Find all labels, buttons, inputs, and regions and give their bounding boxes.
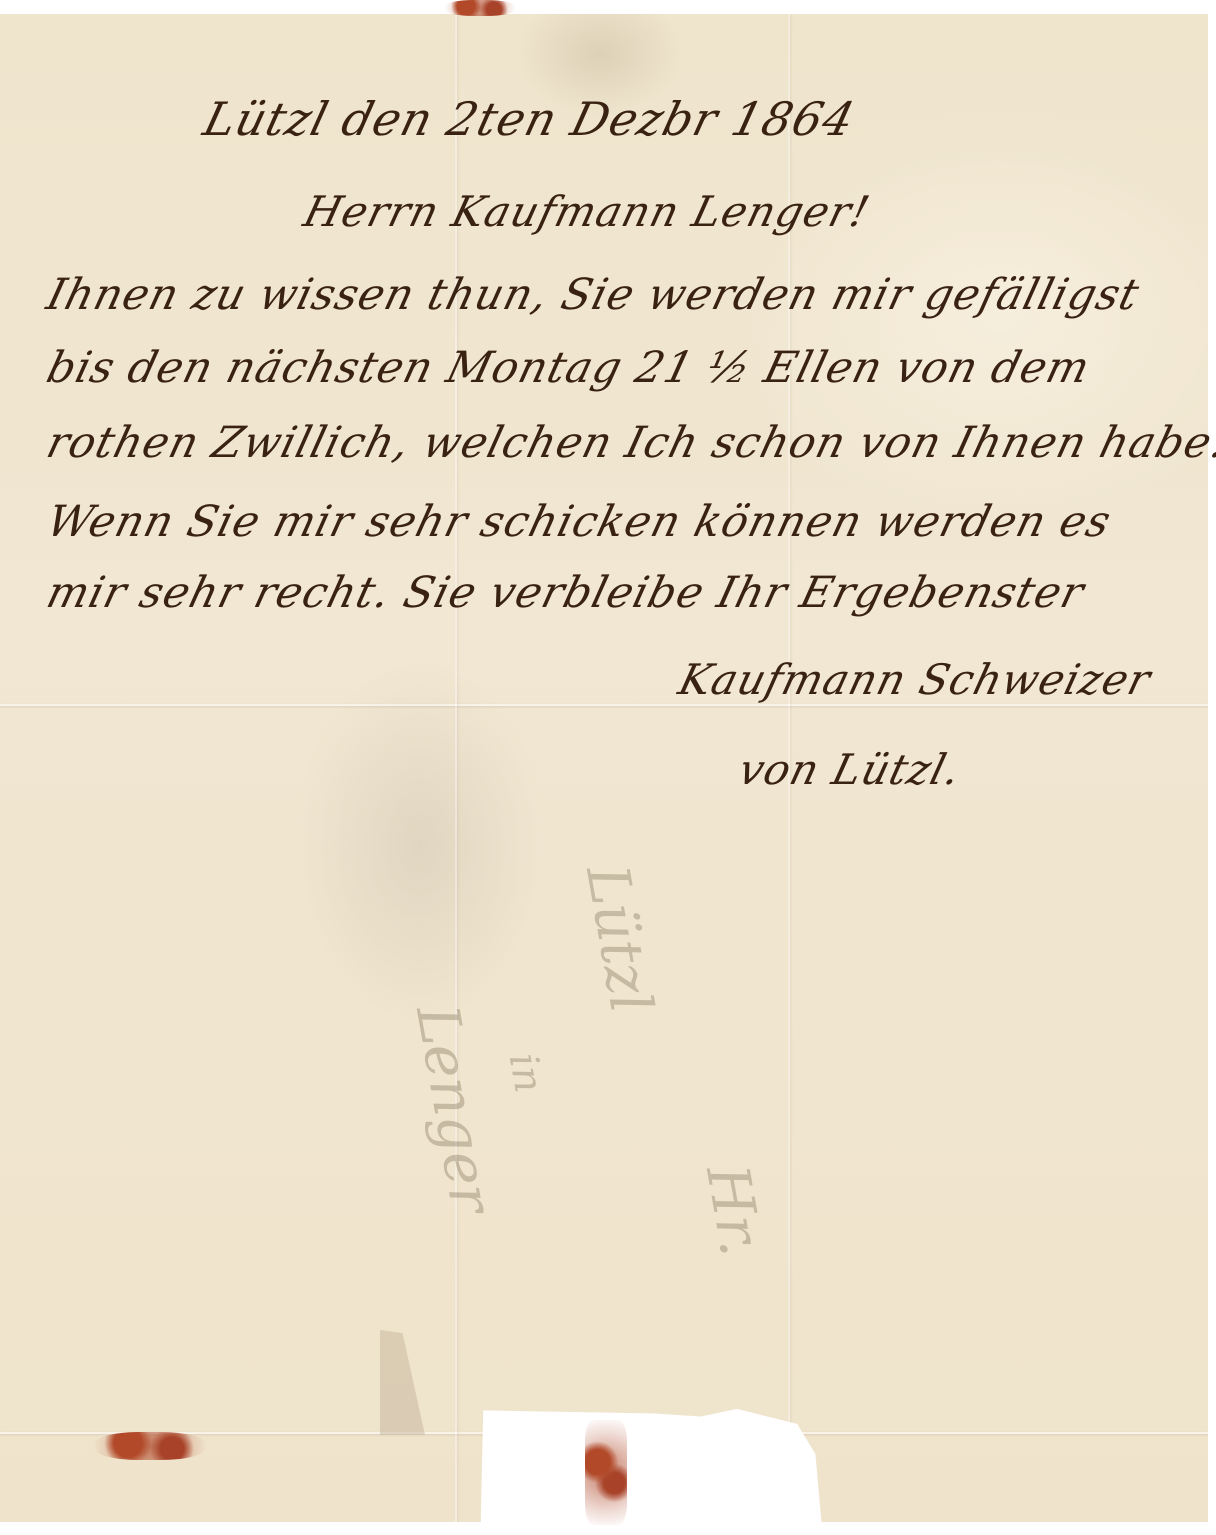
wax-seal-remnant-top xyxy=(445,0,515,16)
body-line: Wenn Sie mir sehr schicken können werden… xyxy=(42,497,1117,547)
body-line: mir sehr recht. Sie verbleibe Ihr Ergebe… xyxy=(42,568,1090,618)
letter-paper xyxy=(0,14,1208,1522)
wax-seal-remnant-bottom-center xyxy=(585,1420,627,1525)
closing-place-line: von Lützl. xyxy=(734,745,966,794)
body-line: Ihnen zu wissen thun, Sie werden mir gef… xyxy=(42,270,1145,320)
body-line: rothen Zwillich, welchen Ich schon von I… xyxy=(42,418,1216,468)
body-line: bis den nächsten Montag 21 ½ Ellen von d… xyxy=(42,343,1096,393)
salutation: Herrn Kaufmann Lenger! xyxy=(299,187,875,236)
place-date-line: Lützl den 2ten Dezbr 1864 xyxy=(198,92,860,146)
paper-repair-patch xyxy=(380,1330,425,1435)
wax-seal-remnant-bottom-left xyxy=(95,1432,205,1460)
fold-line-vertical-left xyxy=(455,14,457,1522)
bleed-through-writing: in xyxy=(500,1050,552,1096)
fold-line-horizontal xyxy=(0,704,1208,706)
closing-signature-line: Kaufmann Schweizer xyxy=(674,655,1156,704)
